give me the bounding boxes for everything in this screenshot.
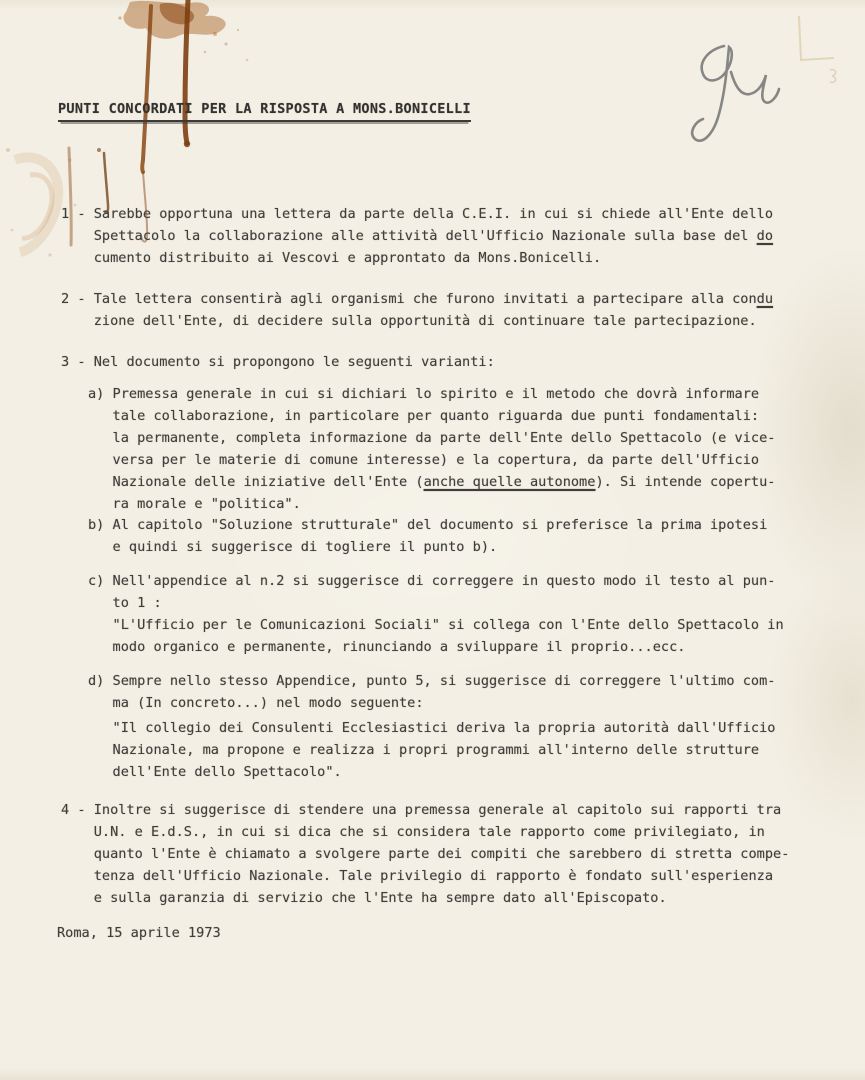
ink-drip-right [184,0,190,147]
page-title: PUNTI CONCORDATI PER LA RISPOSTA A MONS.… [58,101,471,122]
paragraph-3c-quote: "L'Ufficio per le Comunicazioni Sociali"… [88,614,784,658]
handwritten-initials [692,46,779,141]
paragraph-3d-quote: "Il collegio dei Consulenti Ecclesiastic… [88,717,775,783]
paragraph-3c: c) Nell'appendice al n.2 si suggerisce d… [88,570,775,614]
paragraph-1: 1 - Sarebbe opportuna una lettera da par… [61,203,773,269]
document-page: PUNTI CONCORDATI PER LA RISPOSTA A MONS.… [0,0,865,1080]
paragraph-3d: d) Sempre nello stesso Appendice, punto … [88,670,775,714]
paragraph-3a: a) Premessa generale in cui si dichiari … [88,383,776,515]
date-line: Roma, 15 aprile 1973 [57,925,221,941]
ink-blotch [118,1,248,61]
paragraph-2: 2 - Tale lettera consentirà agli organis… [61,288,773,332]
paragraph-3b: b) Al capitolo "Soluzione strutturale" d… [88,514,767,558]
crease-line [799,16,836,82]
paragraph-4: 4 - Inoltre si suggerisce di stendere un… [61,799,789,909]
paragraph-3: 3 - Nel documento si propongono le segue… [61,351,495,373]
